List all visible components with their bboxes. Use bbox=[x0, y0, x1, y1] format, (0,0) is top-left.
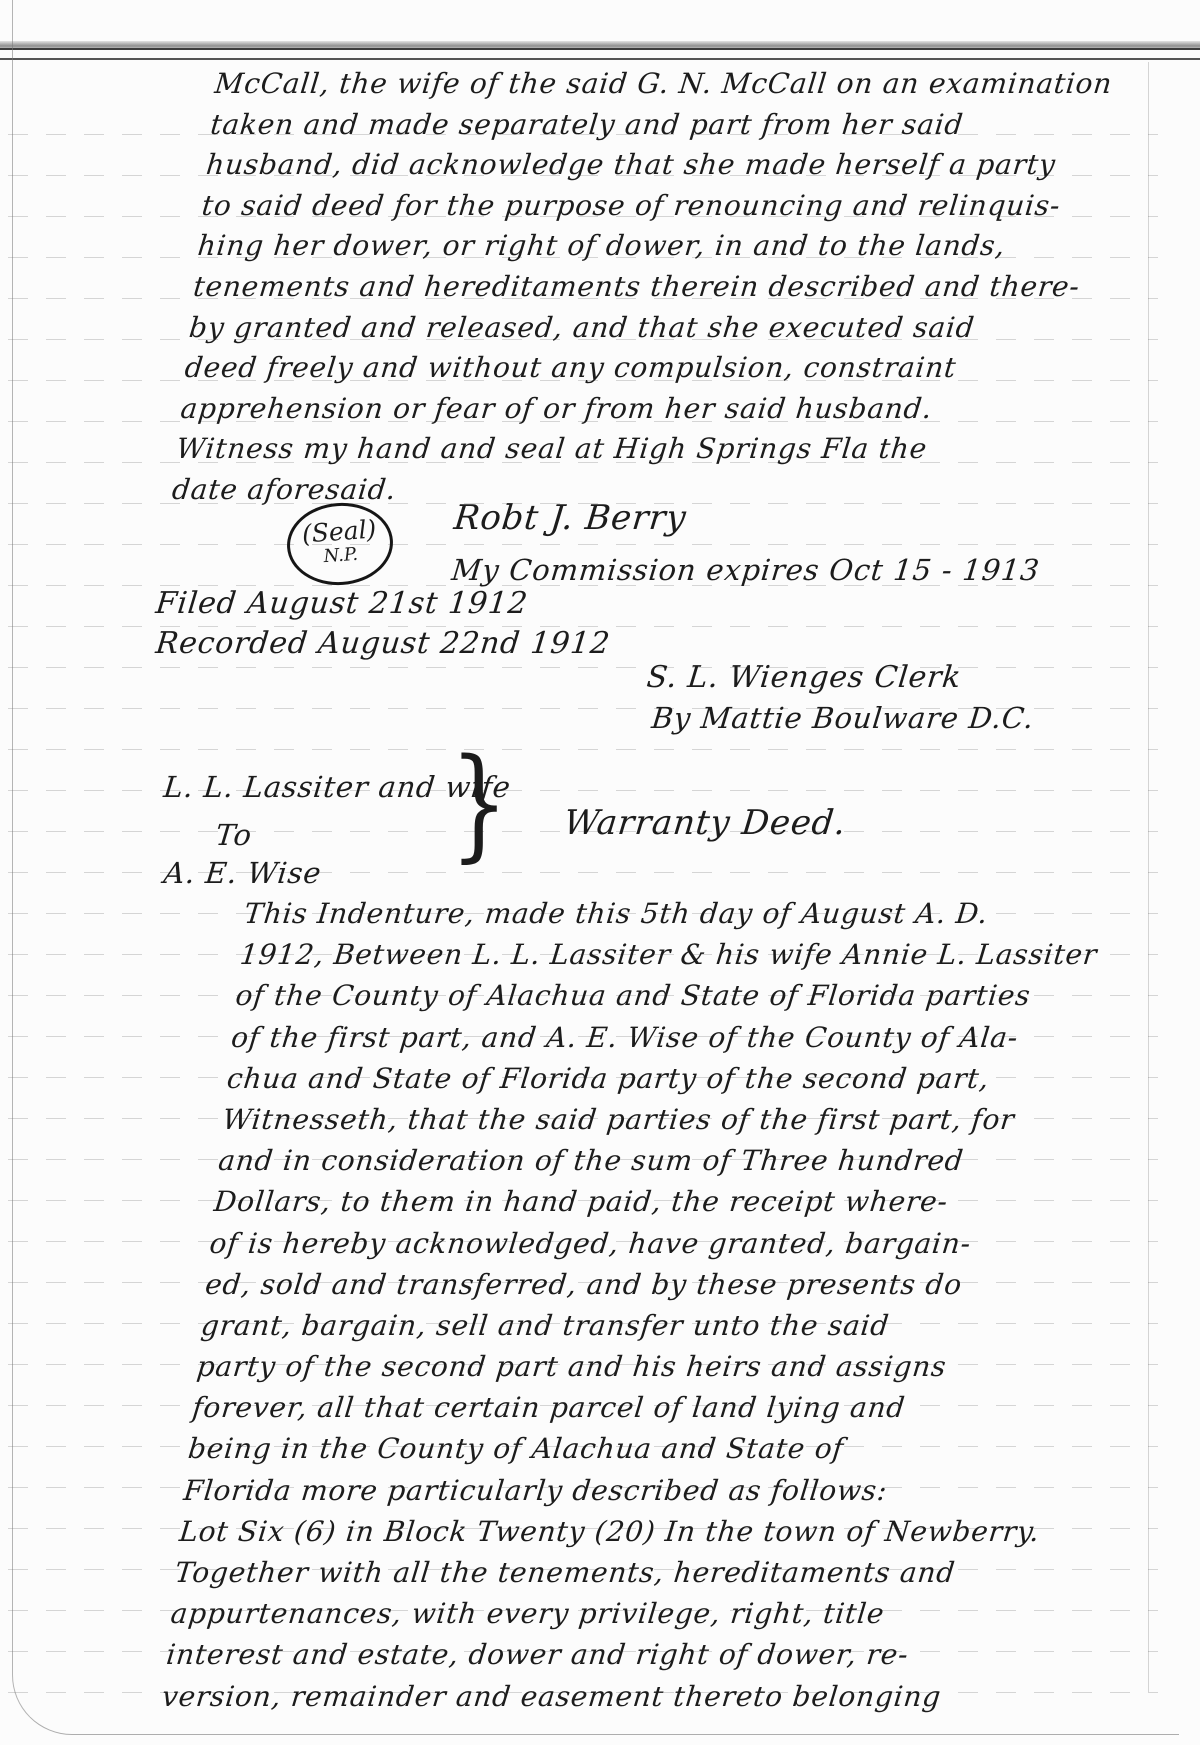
handwritten-line: of the County of Alachua and State of Fl… bbox=[234, 975, 1099, 1016]
handwritten-line: Witnesseth, that the said parties of the… bbox=[221, 1099, 1086, 1140]
to-label: To bbox=[214, 818, 254, 852]
handwritten-line: 1912, Between L. L. Lassiter & his wife … bbox=[238, 934, 1103, 975]
handwritten-line: party of the second part and his heirs a… bbox=[195, 1346, 1060, 1387]
deed-body-paragraph: This Indenture, made this 5th day of Aug… bbox=[160, 893, 1107, 1717]
handwritten-line: Dollars, to them in hand paid, the recei… bbox=[212, 1181, 1077, 1222]
handwritten-line: to said deed for the purpose of renounci… bbox=[200, 186, 1102, 227]
handwritten-line: McCall, the wife of the said G. N. McCal… bbox=[213, 64, 1115, 105]
handwritten-line: This Indenture, made this 5th day of Aug… bbox=[242, 893, 1107, 934]
scanned-deed-page: McCall, the wife of the said G. N. McCal… bbox=[0, 0, 1200, 1745]
handwritten-line: Lot Six (6) in Block Twenty (20) In the … bbox=[177, 1511, 1042, 1552]
handwritten-line: grant, bargain, sell and transfer unto t… bbox=[199, 1305, 1064, 1346]
commission-expiry-line: My Commission expires Oct 15 - 1913 bbox=[450, 553, 1041, 587]
acknowledgment-paragraph: McCall, the wife of the said G. N. McCal… bbox=[170, 64, 1114, 511]
handwritten-line: and in consideration of the sum of Three… bbox=[216, 1140, 1081, 1181]
handwritten-line: husband, did acknowledge that she made h… bbox=[204, 145, 1106, 186]
right-margin-line bbox=[1148, 62, 1149, 1692]
handwritten-line: version, remainder and easement thereto … bbox=[160, 1676, 1025, 1717]
deed-title: Warranty Deed. bbox=[562, 803, 848, 843]
handwritten-line: forever, all that certain parcel of land… bbox=[190, 1387, 1055, 1428]
handwritten-line: apprehension or fear of or from her said… bbox=[179, 389, 1081, 430]
notary-signature: Robt J. Berry bbox=[452, 498, 688, 538]
grantee-name: A. E. Wise bbox=[162, 856, 323, 890]
handwritten-line: deed freely and without any compulsion, … bbox=[183, 348, 1085, 389]
deputy-clerk-signature: By Mattie Boulware D.C. bbox=[650, 701, 1036, 735]
handwritten-line: being in the County of Alachua and State… bbox=[186, 1428, 1051, 1469]
caption-brace: } bbox=[450, 742, 508, 864]
recorded-date-line: Recorded August 22nd 1912 bbox=[154, 626, 612, 661]
handwritten-line: of is hereby acknowledged, have granted,… bbox=[208, 1223, 1073, 1264]
handwritten-line: taken and made separately and part from … bbox=[208, 105, 1110, 146]
handwritten-line: by granted and released, and that she ex… bbox=[187, 308, 1089, 349]
handwritten-line: ed, sold and transferred, and by these p… bbox=[203, 1264, 1068, 1305]
clerk-signature: S. L. Wienges Clerk bbox=[645, 660, 963, 695]
handwritten-line: Together with all the tenements, heredit… bbox=[173, 1552, 1038, 1593]
filed-date-line: Filed August 21st 1912 bbox=[154, 586, 530, 621]
handwritten-line: chua and State of Florida party of the s… bbox=[225, 1058, 1090, 1099]
handwritten-line: appurtenances, with every privilege, rig… bbox=[169, 1593, 1034, 1634]
handwritten-line: Florida more particularly described as f… bbox=[182, 1470, 1047, 1511]
handwritten-line: of the first part, and A. E. Wise of the… bbox=[229, 1017, 1094, 1058]
handwritten-line: tenements and hereditaments therein desc… bbox=[191, 267, 1093, 308]
handwritten-line: Witness my hand and seal at High Springs… bbox=[174, 429, 1076, 470]
handwritten-line: hing her dower, or right of dower, in an… bbox=[196, 226, 1098, 267]
handwritten-line: interest and estate, dower and right of … bbox=[164, 1634, 1029, 1675]
